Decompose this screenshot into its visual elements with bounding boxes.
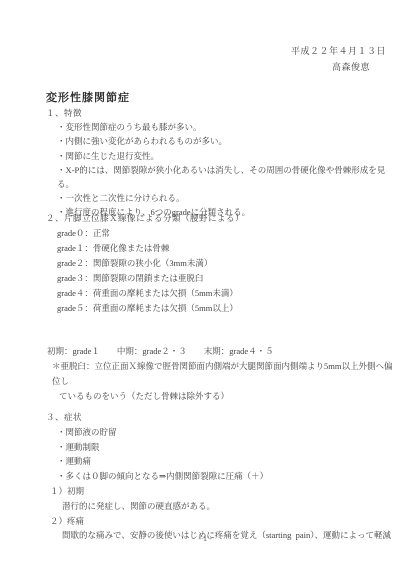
subsection-early-text: 潜行的に発症し、関節の硬直感がある。 <box>46 499 394 514</box>
subsection-pain-heading: ２）疼痛 <box>46 514 394 529</box>
document-author: 高森俊恵 <box>332 60 370 73</box>
list-item: ・変形性関節症のうち最も膝が多い。 <box>57 120 394 134</box>
page-number: - 1 - <box>0 534 410 543</box>
page-title: 変形性膝関節症 <box>46 89 130 105</box>
stage-summary: 初期：grade１ 中期：grade２・３ 末期：grade４・５ <box>47 344 394 359</box>
section-symptoms: ３、症状 ・関節液の貯留 ・運動制限 ・運動痛 ・多くは０脚の傾向となる⇒内側関… <box>46 410 394 543</box>
grade-list: grade０：正常 grade１：骨硬化像または骨棘 grade２：関節裂隙の狭… <box>46 226 394 316</box>
section-features: １、特徴 ・変形性関節症のうち最も膝が多い。 ・内側に強い変化があらわれるものが… <box>46 106 394 220</box>
subluxation-note-line2: ているものをいう（ただし骨棘は除外する） <box>47 389 394 404</box>
document-page: 平成２２年４月１３日 高森俊恵 変形性膝関節症 １、特徴 ・変形性関節症のうち最… <box>0 0 410 580</box>
document-date: 平成２２年４月１３日 <box>291 44 386 57</box>
section-classification-heading: ２、片脚立位膝Ｘ線像による分類（腰野による） <box>46 211 394 226</box>
features-list: ・変形性関節症のうち最も膝が多い。 ・内側に強い変化があらわれるものが多い。 ・… <box>46 120 394 219</box>
list-item: ・運動痛 <box>57 454 394 469</box>
section-classification: ２、片脚立位膝Ｘ線像による分類（腰野による） grade０：正常 grade１：… <box>46 211 394 316</box>
list-item: ・関節液の貯留 <box>57 425 394 440</box>
list-item: ・運動制限 <box>57 440 394 455</box>
list-item: ・多くは０脚の傾向となる⇒内側関節裂隙に圧痛（＋） <box>57 469 394 484</box>
grade-item: grade５：荷重面の摩耗または欠損（5mm以上） <box>57 301 394 316</box>
stage-summary-block: 初期：grade１ 中期：grade２・３ 末期：grade４・５ ＊亜脱臼：立… <box>47 344 394 404</box>
grade-item: grade３：関節裂隙の閉鎖または亜脱臼 <box>57 271 394 286</box>
list-item: ・内側に強い変化があらわれるものが多い。 <box>57 134 394 148</box>
list-item: ・X-P的には、関節裂隙が狭小化あるいは消失し、その周囲の骨硬化像や骨棘形成を見… <box>57 163 394 191</box>
list-item: ・関節に生じた退行変性。 <box>57 149 394 163</box>
symptoms-list: ・関節液の貯留 ・運動制限 ・運動痛 ・多くは０脚の傾向となる⇒内側関節裂隙に圧… <box>46 425 394 484</box>
grade-item: grade１：骨硬化像または骨棘 <box>57 241 394 256</box>
section-features-heading: １、特徴 <box>46 106 394 120</box>
grade-item: grade２：関節裂隙の狭小化（3mm未満） <box>57 256 394 271</box>
list-item: ・一次性と二次性に分けられる。 <box>57 191 394 205</box>
section-symptoms-heading: ３、症状 <box>46 410 394 425</box>
subluxation-note-line1: ＊亜脱臼：立位正面Ｘ線像で脛骨関節面内側端が大腿関節面内側端より5mm以上外側へ… <box>47 359 394 389</box>
subsection-early-heading: １）初期 <box>46 484 394 499</box>
grade-item: grade０：正常 <box>57 226 394 241</box>
grade-item: grade４：荷重面の摩耗または欠損（5mm未満） <box>57 286 394 301</box>
